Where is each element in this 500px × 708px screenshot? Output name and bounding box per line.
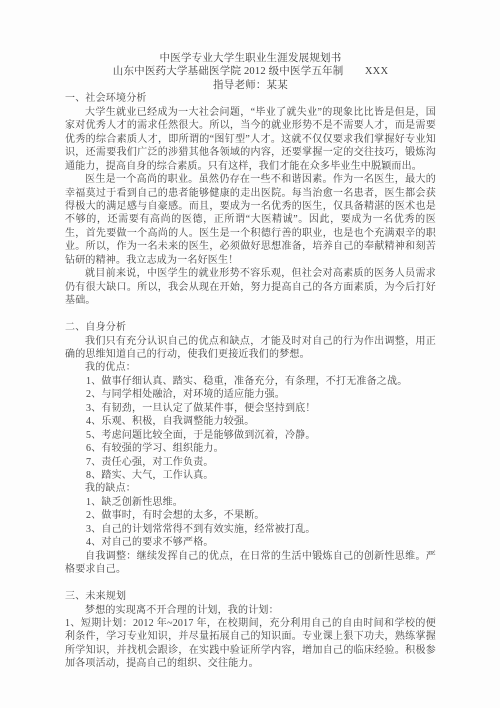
- strength-item: 2、与同学相处融洽，对环境的适应能力强。: [65, 388, 436, 401]
- strengths-label: 我的优点：: [65, 361, 436, 374]
- weaknesses-label: 我的缺点：: [65, 482, 436, 495]
- section-2-heading: 二、自身分析: [65, 321, 436, 334]
- strength-item: 5、考虑问题比较全面，于是能够做到沉着，冷静。: [65, 429, 436, 442]
- document-title: 中医学专业大学生职业生涯发展规划书: [65, 52, 436, 65]
- section-3-intro: 梦想的实现离不开合理的计划，我的计划：: [65, 604, 436, 617]
- section-1-paragraph: 大学生就业已经成为一大社会问题，“毕业了就失业”的现象比比皆是但是，国家对优秀人…: [65, 106, 436, 173]
- document-content: 中医学专业大学生职业生涯发展规划书 山东中医药大学基础医学院 2012 级中医学…: [65, 52, 436, 671]
- strength-item: 4、乐观、积极，自我调整能力较强。: [65, 415, 436, 428]
- weakness-item: 2、做事时，有时会想的太多，不果断。: [65, 509, 436, 522]
- document-byline: 山东中医药大学基础医学院 2012 级中医学五年制 XXX: [65, 65, 436, 78]
- strength-item: 8、踏实、大气，工作认真。: [65, 469, 436, 482]
- section-1-heading: 一、社会环境分析: [65, 92, 436, 105]
- section-1-paragraph: 医生是一个高尚的职业。虽然仍存在一些不和谐因素。作为一名医生，最大的幸福莫过于看…: [65, 173, 436, 267]
- strength-item: 6、有较强的学习、组织能力。: [65, 442, 436, 455]
- self-adjustment-paragraph: 自我调整：继续发挥自己的优点，在日常的生活中锻炼自己的创新性思维。严格要求自己。: [65, 550, 436, 577]
- blank-line: [65, 308, 436, 321]
- section-2-intro: 我们只有充分认识自己的优点和缺点，才能及时对自己的行为作出调整，用正确的思维知道…: [65, 335, 436, 362]
- section-1-paragraph: 就目前来说，中医学生的就业形势不容乐观，但社会对高素质的医务人员需求仍有很大缺口…: [65, 267, 436, 307]
- weakness-item: 4、对自己的要求不够严格。: [65, 536, 436, 549]
- weakness-item: 1、缺乏创新性思维。: [65, 496, 436, 509]
- strength-item: 7、责任心强，对工作负责。: [65, 456, 436, 469]
- document-advisor-line: 指导老师：某某: [65, 79, 436, 92]
- strength-item: 3、有韧劲，一旦认定了做某件事，便会坚持到底！: [65, 402, 436, 415]
- blank-line: [65, 577, 436, 590]
- weakness-item: 3、自己的计划常常得不到有效实施，经常被打乱。: [65, 523, 436, 536]
- stray-mark: 、: [73, 650, 81, 661]
- strength-item: 1、做事仔细认真、踏实、稳重，准备充分，有条理，不打无准备之战。: [65, 375, 436, 388]
- short-term-plan-paragraph: 1、短期计划：2012 年~2017 年，在校期间，充分利用自己的自由时间和学校…: [65, 617, 436, 671]
- section-3-heading: 三、未来规划: [65, 590, 436, 603]
- document-page: 中医学专业大学生职业生涯发展规划书 山东中医药大学基础医学院 2012 级中医学…: [0, 0, 500, 708]
